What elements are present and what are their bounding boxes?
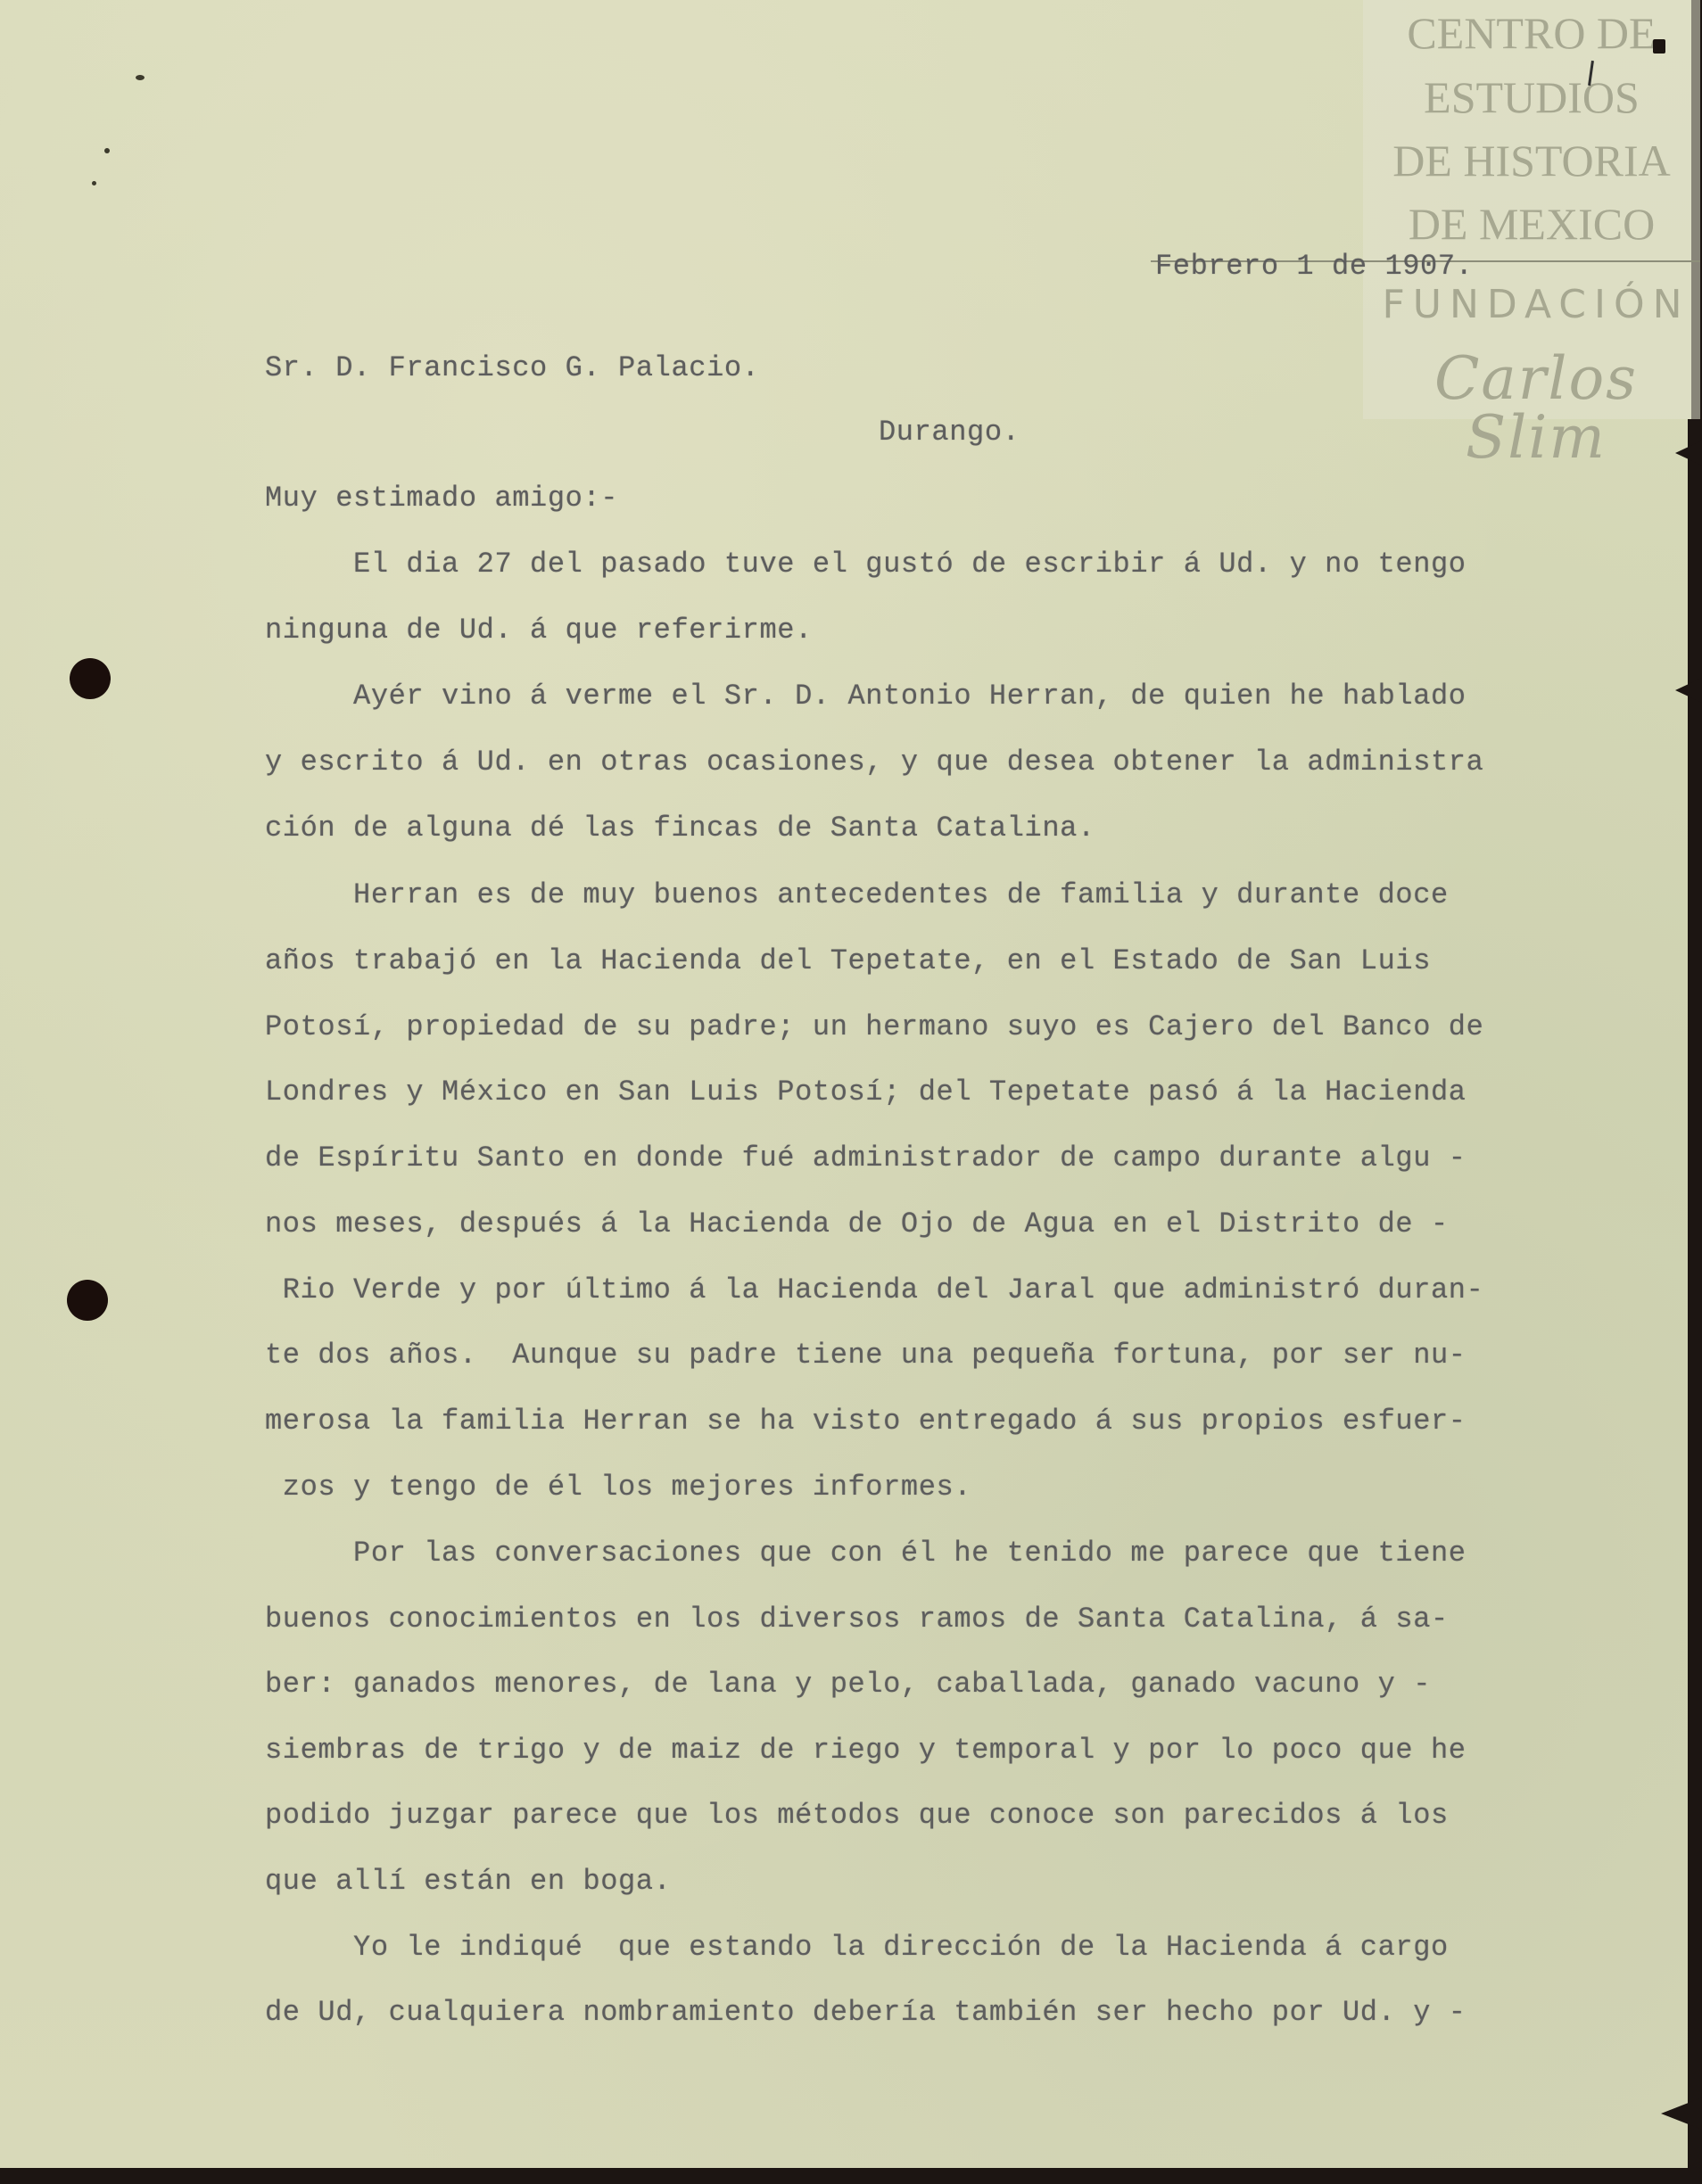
body-line: El dia 27 del pasado tuve el gustó de es…	[265, 548, 1467, 581]
body-line: que allí están en boga.	[265, 1865, 671, 1898]
letter-page: CENTRO DE ESTUDIOS DE HISTORIA DE MEXICO…	[0, 0, 1691, 2169]
letter-recipient: Sr. D. Francisco G. Palacio.	[265, 351, 760, 384]
paper-speck	[136, 75, 145, 80]
corner-tear	[1653, 39, 1665, 54]
watermark-signature: Carlos Slim	[1372, 350, 1700, 467]
letter-city: Durango.	[879, 416, 1020, 449]
watermark-line: ESTUDIOS	[1363, 75, 1700, 120]
body-line: de Espíritu Santo en donde fué administr…	[265, 1141, 1467, 1174]
body-line: años trabajó en la Hacienda del Tepetate…	[265, 944, 1431, 977]
archive-watermark: CENTRO DE ESTUDIOS DE HISTORIA DE MEXICO…	[1363, 0, 1700, 419]
edge-tear	[1661, 2097, 1702, 2130]
watermark-line: DE HISTORIA	[1363, 138, 1700, 183]
body-line: Yo le indiqué que estando la dirección d…	[265, 1931, 1449, 1964]
body-line: Potosí, propiedad de su padre; un herman…	[265, 1010, 1483, 1043]
body-line: zos y tengo de él los mejores informes.	[265, 1471, 971, 1504]
watermark-fundacion: FUNDACIÓN	[1372, 285, 1700, 325]
body-line: buenos conocimientos en los diversos ram…	[265, 1603, 1449, 1636]
paper-speck	[92, 181, 96, 185]
edge-tear	[1675, 441, 1702, 466]
body-line: de Ud, cualquiera nombramiento debería t…	[265, 1996, 1467, 2029]
body-line: ber: ganados menores, de lana y pelo, ca…	[265, 1668, 1431, 1701]
hole-punch-upper	[70, 658, 111, 699]
body-line: y escrito á Ud. en otras ocasiones, y qu…	[265, 746, 1483, 779]
paper-speck	[104, 148, 110, 153]
body-line: te dos años. Aunque su padre tiene una p…	[265, 1339, 1467, 1372]
body-line: nos meses, después á la Hacienda de Ojo …	[265, 1207, 1449, 1240]
body-line: Herran es de muy buenos antecedentes de …	[265, 878, 1449, 911]
letter-greeting: Muy estimado amigo:-	[265, 482, 618, 515]
body-line: ción de alguna dé las fincas de Santa Ca…	[265, 812, 1095, 845]
watermark-line: CENTRO DE	[1363, 11, 1700, 55]
body-line: ninguna de Ud. á que referirme.	[265, 614, 813, 647]
body-line: siembras de trigo y de maiz de riego y t…	[265, 1734, 1467, 1767]
body-line: podido juzgar parece que los métodos que…	[265, 1799, 1449, 1832]
body-line: Por las conversaciones que con él he ten…	[265, 1537, 1467, 1570]
body-line: Ayér vino á verme el Sr. D. Antonio Herr…	[265, 680, 1467, 713]
scan-border-bottom	[0, 2168, 1702, 2184]
body-line: merosa la familia Herran se ha visto ent…	[265, 1405, 1467, 1438]
body-line: Londres y México en San Luis Potosí; del…	[265, 1076, 1467, 1108]
edge-tear	[1675, 678, 1702, 703]
letter-date: Febrero 1 de 1907.	[1155, 250, 1473, 283]
watermark-line: DE MEXICO	[1363, 202, 1700, 246]
hole-punch-lower	[67, 1280, 108, 1321]
body-line: Rio Verde y por último á la Hacienda del…	[265, 1273, 1483, 1306]
